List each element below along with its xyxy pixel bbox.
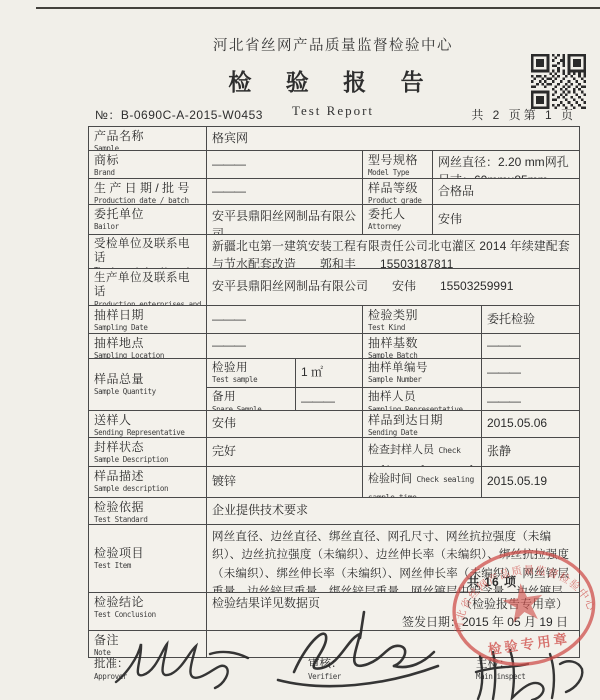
test-item-count: 共 16 项 — [467, 573, 517, 590]
label-zh: 样品等级 — [368, 181, 427, 196]
label-zh: 抽样基数 — [368, 336, 476, 351]
label-check-sealing-personnel: 检查封样人员 Check sealing sample personnel — [363, 438, 482, 466]
label-sample-batch: 抽样基数Sample Batch — [363, 334, 482, 358]
label-zh: 检验类别 — [368, 308, 476, 323]
approver-signature — [110, 636, 260, 698]
label-test-sample: 检验用Test sample — [207, 359, 296, 387]
value-text: 张静 — [487, 444, 511, 460]
table-row: 受检单位及联系电话The inspected units and contact… — [89, 235, 579, 269]
value-text: 安平县鼎阳丝网制品有限公司 安伟 15503259991 — [212, 279, 513, 295]
table-row: 委托单位Bailor 安平县鼎阳丝网制品有限公司 委托人Attorney 安伟 — [89, 205, 579, 235]
report-number: №：B-0690C-A-2015-W0453 — [95, 106, 263, 123]
label-en: Test Item — [94, 561, 201, 571]
value-sampling-representative: ——— — [482, 388, 579, 410]
verifier-signature — [272, 608, 447, 700]
label-zh: 样品到达日期 — [368, 413, 476, 428]
label-en: Sample Description — [94, 455, 201, 465]
value-text: 格宾网 — [212, 131, 248, 147]
table-row: 封样状态Sample Description 完好 检查封样人员 Check s… — [89, 438, 579, 467]
label-zh: 样品总量 — [94, 372, 201, 387]
value-sending-date: 2015.05.06 — [482, 411, 579, 437]
label-inspected-unit: 受检单位及联系电话The inspected units and contact… — [89, 235, 207, 268]
table-row: 样品描述Sample description 镀锌 检验时间 Check sea… — [89, 467, 579, 498]
table-row: 抽样日期Sampling Date ——— 检验类别Test Kind 委托检验 — [89, 306, 579, 334]
label-brand: 商标Brand — [89, 151, 207, 178]
label-en: Bailor — [94, 222, 201, 232]
label-zh: 生产单位及联系电话 — [94, 271, 201, 300]
label-zh: 生 产 日 期 / 批 号 — [94, 181, 201, 196]
label-sampling-location: 抽样地点Sampling Location — [89, 334, 207, 358]
value-inspected-unit: 新疆北屯第一建筑安装工程有限责任公司北屯灌区 2014 年续建配套与节水配套改造… — [207, 235, 579, 268]
label-zh: 抽样地点 — [94, 336, 201, 351]
label-zh: 型号规格 — [368, 153, 427, 168]
scan-artifact-line — [36, 7, 600, 9]
label-sending-date: 样品到达日期Sending Date — [363, 411, 482, 437]
label-sending-representative: 送样人Sending Representative — [89, 411, 207, 437]
label-en: Sending Date — [368, 428, 476, 437]
value-bailor: 安平县鼎阳丝网制品有限公司 — [207, 205, 363, 234]
value-text: ——— — [487, 365, 520, 381]
label-zh: 送样人 — [94, 413, 201, 428]
org-name: 河北省丝网产品质量监督检验中心 — [88, 34, 578, 55]
table-row: 生 产 日 期 / 批 号Production date / batch ———… — [89, 179, 579, 205]
label-test-standard: 检验依据Test Standard — [89, 498, 207, 524]
label-zh: 封样状态 — [94, 440, 201, 455]
label-en: Sample Quantity — [94, 387, 201, 397]
table-row: 商标Brand ——— 型号规格Model Type 网丝直径：2.20 mm网… — [89, 151, 579, 179]
label-en: Spare Sample — [212, 405, 290, 411]
label-en: Sending Representative — [94, 428, 201, 437]
value-text: 安平县鼎阳丝网制品有限公司 — [212, 209, 356, 234]
label-zh: 检验依据 — [94, 500, 201, 515]
report-number-value: B-0690C-A-2015-W0453 — [121, 108, 263, 122]
value-sample: 格宾网 — [207, 127, 579, 150]
label-en: Sample — [94, 144, 201, 150]
value-text: ——— — [212, 312, 245, 328]
table-row: 检验项目Test Item 网丝直径、边丝直径、绑丝直径、网孔尺寸、网丝抗拉强度… — [89, 525, 579, 593]
label-en: Sample description — [94, 484, 201, 494]
value-product-grade: 合格品 — [433, 179, 579, 204]
label-zh: 产品名称 — [94, 129, 201, 144]
label-en: Sample Batch — [368, 351, 476, 358]
label-zh: 商标 — [94, 153, 201, 168]
label-sample-number: 抽样单编号Sample Number — [363, 359, 482, 387]
label-en: Model Type — [368, 168, 427, 178]
value-test-standard: 企业提供技术要求 — [207, 498, 579, 524]
value-text: ——— — [487, 394, 520, 410]
value-text: 委托检验 — [487, 312, 535, 328]
value-sampling-date: ——— — [207, 306, 363, 333]
report-table: 产品名称Sample 格宾网 商标Brand ——— 型号规格Model Typ… — [88, 126, 580, 658]
value-text: ——— — [212, 338, 245, 354]
label-zh: 委托人 — [368, 207, 427, 222]
value-test-sample: 1 ㎡ — [296, 359, 363, 387]
report-title: 检 验 报 告 — [88, 64, 578, 97]
value-sampling-location: ——— — [207, 334, 363, 358]
value-production-date: ——— — [207, 179, 363, 204]
sub-row: 备用Spare Sample ——— 抽样人员Sampling Represen… — [207, 388, 579, 410]
label-en: Sampling Location — [94, 351, 201, 358]
label-en: Production date / batch — [94, 196, 201, 204]
label-en: Sampling Date — [94, 323, 201, 333]
label-en: Test Standard — [94, 515, 201, 524]
table-row: 检验依据Test Standard 企业提供技术要求 — [89, 498, 579, 525]
value-sample-description: 镀锌 — [207, 467, 363, 497]
value-text: 镀锌 — [212, 474, 236, 490]
value-text: 2015.05.06 — [487, 416, 547, 432]
value-test-item: 网丝直径、边丝直径、绑丝直径、网孔尺寸、网丝抗拉强度（未编织）、边丝抗拉强度（未… — [207, 525, 579, 592]
label-en: Product grade — [368, 196, 427, 204]
label-attorney: 委托人Attorney — [363, 205, 433, 234]
report-number-prefix: №： — [95, 108, 121, 122]
value-sending-representative: 安伟 — [207, 411, 363, 437]
sample-quantity-subgrid: 检验用Test sample 1 ㎡ 抽样单编号Sample Number ——… — [207, 359, 579, 410]
qr-code-icon — [531, 54, 586, 109]
label-zh: 抽样单编号 — [368, 361, 476, 375]
value-text: 网丝直径：2.20 mm — [438, 155, 545, 169]
label-zh: 样品描述 — [94, 469, 201, 484]
label-en: Brand — [94, 168, 201, 178]
value-text: ——— — [301, 394, 334, 410]
label-spare-sample: 备用Spare Sample — [207, 388, 296, 410]
value-attorney: 安伟 — [433, 205, 579, 234]
label-product-grade: 样品等级Product grade — [363, 179, 433, 204]
label-bailor: 委托单位Bailor — [89, 205, 207, 234]
seal-note: （检验报告专用章） — [460, 597, 568, 611]
value-brand: ——— — [207, 151, 363, 178]
label-sample-description-state: 封样状态Sample Description — [89, 438, 207, 466]
label-en: Production enterprises and contact telep… — [94, 300, 201, 305]
label-zh: 检验时间 — [368, 473, 412, 485]
value-model-type: 网丝直径：2.20 mm网孔尺寸：60mm×85mm — [433, 151, 579, 178]
label-model-type: 型号规格Model Type — [363, 151, 433, 178]
value-text: 安伟 — [438, 212, 462, 228]
table-row: 送样人Sending Representative 安伟 样品到达日期Sendi… — [89, 411, 579, 438]
value-text: 企业提供技术要求 — [212, 503, 308, 519]
value-text: 完好 — [212, 444, 236, 460]
value-text: 合格品 — [438, 184, 474, 200]
label-en: Test sample — [212, 375, 290, 385]
label-sampling-date: 抽样日期Sampling Date — [89, 306, 207, 333]
value-text: 1 ㎡ — [301, 365, 323, 381]
value-check-sealing-time: 2015.05.19 — [482, 467, 579, 497]
value-text: ——— — [212, 184, 245, 200]
table-row: 生产单位及联系电话Production enterprises and cont… — [89, 269, 579, 306]
label-production-date: 生 产 日 期 / 批 号Production date / batch — [89, 179, 207, 204]
label-en: Test Kind — [368, 323, 476, 333]
value-text: ——— — [487, 338, 520, 354]
label-sample-description: 样品描述Sample description — [89, 467, 207, 497]
label-en: The inspected units and contact telephon… — [94, 266, 201, 268]
label-test-conclusion: 检验结论Test Conclusion — [89, 593, 207, 630]
label-en: Attorney — [368, 222, 427, 232]
main-inspector-signature — [468, 642, 593, 700]
label-zh: 检查封样人员 — [368, 444, 434, 456]
label-zh: 委托单位 — [94, 207, 201, 222]
value-sample-number: ——— — [482, 359, 579, 387]
table-row: 样品总量Sample Quantity 检验用Test sample 1 ㎡ 抽… — [89, 359, 579, 411]
sub-row: 检验用Test sample 1 ㎡ 抽样单编号Sample Number ——… — [207, 359, 579, 388]
table-row: 产品名称Sample 格宾网 — [89, 127, 579, 151]
value-sample-batch: ——— — [482, 334, 579, 358]
label-zh: 受检单位及联系电话 — [94, 237, 201, 266]
value-check-sealing-personnel: 张静 — [482, 438, 579, 466]
label-en: Sample Number — [368, 375, 476, 385]
value-spare-sample: ——— — [296, 388, 363, 410]
label-sampling-representative: 抽样人员Sampling Representative — [363, 388, 482, 410]
value-test-kind: 委托检验 — [482, 306, 579, 333]
value-text: 新疆北屯第一建筑安装工程有限责任公司北屯灌区 2014 年续建配套与节水配套改造… — [212, 239, 570, 268]
pagination: 共 2 页第 1 页 — [471, 106, 576, 123]
label-zh: 备用 — [212, 390, 290, 404]
label-check-sealing-time: 检验时间 Check sealing sample time — [363, 467, 482, 497]
label-zh: 抽样人员 — [368, 390, 476, 404]
value-seal-state: 完好 — [207, 438, 363, 466]
test-report-page: 河北省丝网产品质量监督检验中心 检 验 报 告 Test Report №：B-… — [0, 0, 600, 700]
label-zh: 检验结论 — [94, 595, 201, 610]
label-test-kind: 检验类别Test Kind — [363, 306, 482, 333]
label-test-item: 检验项目Test Item — [89, 525, 207, 592]
label-sample-quantity: 样品总量Sample Quantity — [89, 359, 207, 410]
label-en: Sampling Representative — [368, 405, 476, 411]
table-row: 抽样地点Sampling Location ——— 抽样基数Sample Bat… — [89, 334, 579, 359]
value-production-unit: 安平县鼎阳丝网制品有限公司 安伟 15503259991 — [207, 269, 579, 305]
label-sample: 产品名称Sample — [89, 127, 207, 150]
value-text: ——— — [212, 157, 245, 173]
label-zh: 抽样日期 — [94, 308, 201, 323]
label-production-unit: 生产单位及联系电话Production enterprises and cont… — [89, 269, 207, 305]
label-en: Test Conclusion — [94, 610, 201, 620]
label-zh: 检验项目 — [94, 546, 201, 561]
value-text: 安伟 — [212, 416, 236, 432]
value-text: 2015.05.19 — [487, 474, 547, 490]
label-zh: 检验用 — [212, 361, 290, 375]
